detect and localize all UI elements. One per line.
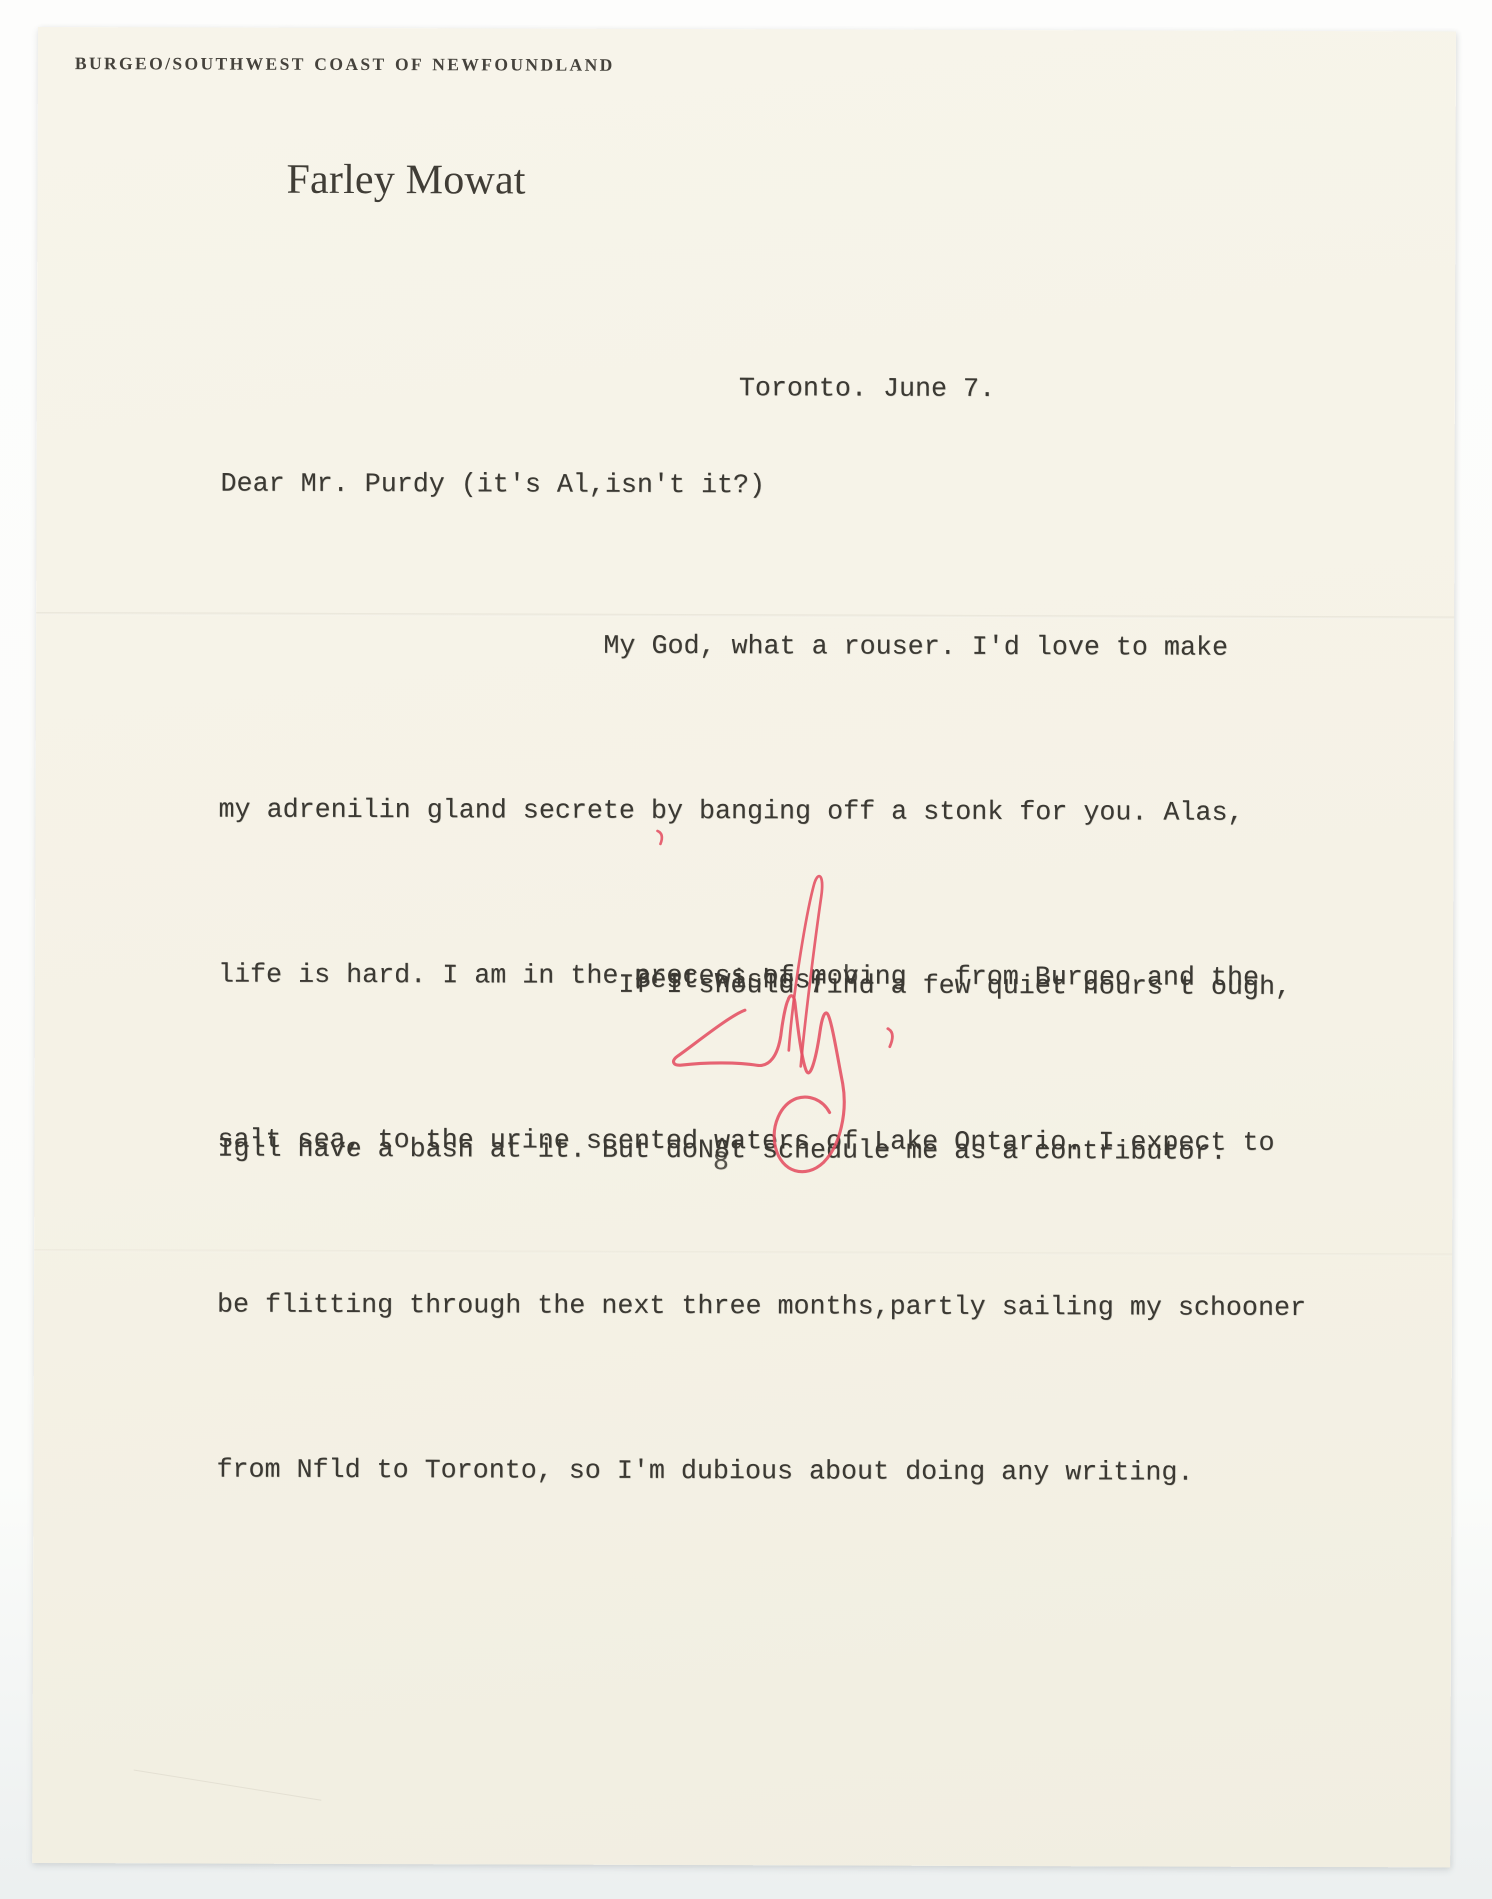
scan-background: { "colors": { "paper": "#f5f2e6", "ink":… [0, 0, 1492, 1899]
corner-crease [134, 1769, 322, 1800]
signature-main-stroke [673, 995, 844, 1172]
letterhead-region-line: BURGEO/SOUTHWEST COAST OF NEWFOUNDLAND [75, 53, 615, 76]
letter-dateline: Toronto. June 7. [739, 362, 995, 418]
letter-line: My God, what a rouser. I'd love to make [219, 619, 1308, 677]
signature-tall-loop [789, 876, 822, 1067]
letter-salutation: Dear Mr. Purdy (it's Al,isn't it?) [220, 458, 765, 515]
signature-apostrophe-mark [888, 1029, 893, 1047]
letterhead-author-name: Farley Mowat [286, 159, 525, 202]
letter-paper: BURGEO/SOUTHWEST COAST OF NEWFOUNDLAND F… [32, 27, 1456, 1867]
signature-scrawl [596, 820, 957, 1221]
signature-tick-mark [657, 831, 661, 844]
letter-line: from Nfld to Toronto, so I'm dubious abo… [216, 1444, 1305, 1502]
